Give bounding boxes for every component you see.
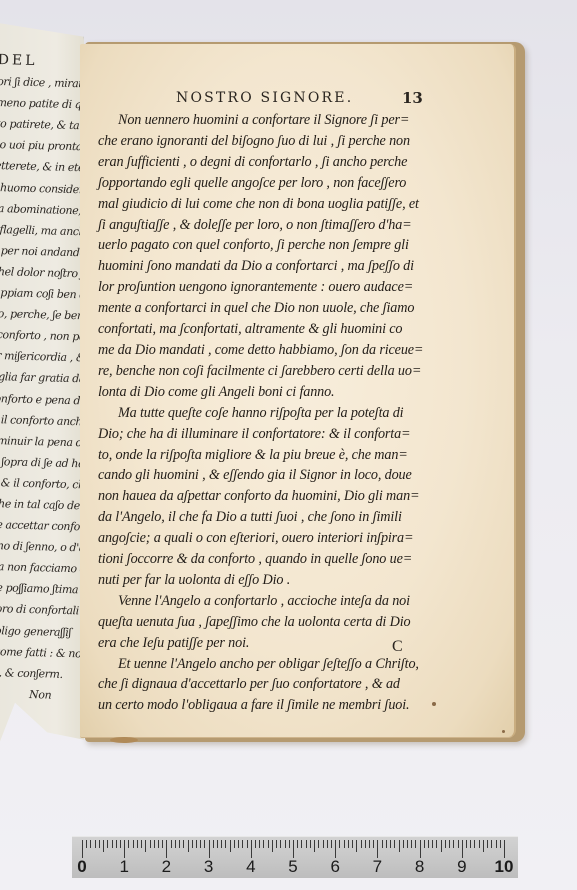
ruler-tick (234, 840, 235, 848)
running-head-title: NOSTRO SIGNORE. (176, 90, 353, 106)
text-line: uerlo pagato con quel conforto, ʃi perch… (98, 235, 518, 256)
ruler-tick (432, 840, 433, 848)
left-text-line: r per noi andando in (0, 240, 79, 263)
left-text-line: ʃoglia far gratia da (0, 366, 76, 389)
ruler-tick (238, 840, 239, 848)
ruler-tick (141, 840, 142, 848)
text-line: che erano ignoranti del biʃogno ʃuo di l… (98, 131, 518, 152)
ruler-tick (192, 840, 193, 848)
ruler-label: 6 (330, 857, 339, 877)
ruler-label: 2 (162, 857, 171, 877)
ruler-label: 9 (457, 857, 466, 877)
ruler-tick (251, 840, 252, 858)
ruler-tick (394, 840, 395, 848)
text-line: ʃi anguʃtiaʃʃe , & doleʃʃe per loro, o n… (98, 215, 518, 236)
left-text-line: olta non facciamo dif (0, 556, 71, 579)
left-text-line: chel dolor noʃtro ʃia (0, 261, 78, 284)
ruler-tick (348, 840, 349, 848)
ruler-tick (466, 840, 467, 848)
left-text-line: i conforto , non però (0, 324, 77, 347)
ruler-tick (196, 840, 197, 848)
text-line: confortati, ma ʃconfortati, altramente &… (98, 319, 518, 340)
text-line: ʃopportando egli quelle angoʃce per loro… (98, 173, 518, 194)
left-text-line: & il conforto ancho (0, 408, 75, 431)
left-text-line: a minuir la pena di (0, 430, 74, 453)
ruler-tick (441, 840, 442, 852)
left-page: DEL ori ʃi dice , mirate ameno patite di… (0, 22, 84, 762)
left-text-line: to patirete, & tanto (0, 113, 82, 136)
ruler-label: 8 (415, 857, 424, 877)
ruler-tick (436, 840, 437, 848)
ruler-tick (407, 840, 408, 848)
left-text-line: uto, & conʃerm. (0, 662, 68, 685)
ruler-tick (124, 840, 125, 858)
ruler-tick (154, 840, 155, 848)
text-line: non hauea da aʃpettar conforto da huomin… (98, 486, 518, 507)
text-line: Dio; che ha di illuminare il confortator… (98, 424, 518, 445)
left-text-line: nte accettar confor (0, 514, 72, 537)
left-text-line: ta abominatione, & (0, 198, 80, 221)
running-head: NOSTRO SIGNORE. 13 (98, 90, 518, 110)
ruler-tick (137, 840, 138, 848)
ruler-tick (204, 840, 205, 848)
ruler-label: 5 (288, 857, 297, 877)
left-text-line: re & il conforto, che (0, 472, 73, 495)
catchword: Non (0, 683, 67, 706)
left-text-line: a loro di confortali (0, 598, 70, 621)
left-running-head: DEL (0, 50, 84, 73)
ruler-tick (280, 840, 281, 848)
ruler-tick (221, 840, 222, 848)
ruler-tick (491, 840, 492, 848)
ruler-tick (263, 840, 264, 848)
ruler-label: 1 (119, 857, 128, 877)
ruler-tick (445, 840, 446, 848)
left-text-line: i flagelli, ma ancho li (0, 219, 80, 242)
ruler-tick (449, 840, 450, 848)
ruler-tick (188, 840, 189, 852)
ruler-tick (225, 840, 226, 848)
ruler-tick (255, 840, 256, 848)
left-text-line: l'huomo consideran (0, 177, 81, 200)
ruler-tick (171, 840, 172, 848)
text-line: nuti per far la uolonta di eʃʃo Dio . (98, 570, 518, 591)
text-line: angoʃcie; a quali o con eʃteriori, ouero… (98, 528, 518, 549)
ruler-tick (483, 840, 484, 852)
left-text-line: etterete, & in etern (0, 155, 81, 178)
ruler-tick (183, 840, 184, 848)
right-page-text: NOSTRO SIGNORE. 13 Non uennero huomini a… (98, 90, 518, 716)
left-text-line: ci come fatti : & non (0, 640, 69, 663)
text-line: mente a confortarci in quel che Dio non … (98, 298, 518, 319)
ruler-tick (331, 840, 332, 848)
ruler-tick (297, 840, 298, 848)
ruler-tick (200, 840, 201, 848)
left-text-line: ar miʃericordia , & (0, 345, 76, 368)
left-page-text: DEL ori ʃi dice , mirate ameno patite di… (0, 50, 84, 706)
ruler-label: 10 (495, 857, 514, 877)
ruler-tick (327, 840, 328, 848)
ruler-tick (500, 840, 501, 848)
scale-ruler: 012345678910 (72, 836, 518, 878)
text-line: Non uennero huomini a confortare il Sign… (98, 110, 518, 131)
text-line: era che Ieʃu patiʃʃe per noi. (98, 633, 518, 654)
ruler-tick (487, 840, 488, 848)
ruler-tick (86, 840, 87, 848)
ruler-tick (128, 840, 129, 848)
text-line: cando gli huomini , & eʃʃendo gia il Sig… (98, 465, 518, 486)
ruler-tick (166, 840, 167, 858)
ruler-tick (95, 840, 96, 848)
ruler-tick (458, 840, 459, 848)
text-line: to, onde la riʃpoʃta migliore & la piu b… (98, 445, 518, 466)
text-line: lor proʃuntion uengono ignorantemente : … (98, 277, 518, 298)
ruler-tick (175, 840, 176, 848)
text-line: tioni ʃoccorre & da conforto , quando in… (98, 549, 518, 570)
ruler-tick (306, 840, 307, 848)
ruler-tick (361, 840, 362, 848)
ruler-tick (179, 840, 180, 848)
ruler-tick (272, 840, 273, 852)
left-text-line: meno patite di quel (0, 92, 83, 115)
text-line: Venne l'Angelo a confortarlo , accioche … (98, 591, 518, 612)
text-line: queʃta uenuta ʃua , ʃapeʃʃimo che la uol… (98, 612, 518, 633)
ruler-tick (213, 840, 214, 848)
ruler-tick (377, 840, 378, 858)
left-text-line: er ʃopra di ʃe ad ho (0, 451, 73, 474)
left-text-line: che poʃʃiamo ʃtima e (0, 577, 70, 600)
ruler-label: 0 (77, 857, 86, 877)
ruler-tick (268, 840, 269, 848)
ruler-tick (411, 840, 412, 848)
paper-stain (502, 730, 505, 733)
text-line: eran ʃufficienti , o degni di confortarl… (98, 152, 518, 173)
ruler-tick (323, 840, 324, 848)
ruler-tick (314, 840, 315, 852)
ruler-tick (242, 840, 243, 848)
ruler-label: 4 (246, 857, 255, 877)
ruler-tick (504, 840, 505, 858)
body-text: Non uennero huomini a confortare il Sign… (98, 110, 518, 716)
ruler-tick (373, 840, 374, 848)
text-line: huomini ʃono mandati da Dio a confortarc… (98, 256, 518, 277)
ruler-tick (479, 840, 480, 848)
ruler-tick (112, 840, 113, 848)
text-line: me da Dio mandati , come detto habbiamo,… (98, 340, 518, 361)
ruler-tick (339, 840, 340, 848)
ruler-tick (301, 840, 302, 848)
ruler-tick (285, 840, 286, 848)
ruler-label: 3 (204, 857, 213, 877)
ruler-tick (289, 840, 290, 848)
left-text-line: ori ʃi dice , mirate a (0, 71, 83, 94)
ruler-tick (103, 840, 104, 852)
ruler-tick (217, 840, 218, 848)
ruler-tick (386, 840, 387, 848)
ruler-tick (116, 840, 117, 848)
ruler-tick (428, 840, 429, 848)
text-line: che ʃi dignaua d'accettarlo per ʃuo conf… (98, 674, 518, 695)
left-text-line: ʃiano di ʃenno, o d'ab (0, 535, 71, 558)
ruler-tick (150, 840, 151, 848)
ruler-tick (352, 840, 353, 848)
text-line: mal giudicio di lui come che non di bona… (98, 194, 518, 215)
ruler-tick (318, 840, 319, 848)
left-text-line: to uoi piu prontame (0, 134, 82, 157)
left-text-line: ʃappiam coʃi ben do- (0, 282, 78, 305)
ruler-tick (162, 840, 163, 848)
ruler-tick (390, 840, 391, 848)
ruler-tick (310, 840, 311, 848)
text-line: da l'Angelo, il che fa Dio a tutti ʃuoi … (98, 507, 518, 528)
ruler-tick (145, 840, 146, 852)
ruler-tick (470, 840, 471, 848)
ruler-tick (496, 840, 497, 848)
ruler-tick (344, 840, 345, 848)
ruler-tick (107, 840, 108, 848)
text-line: lonta di Dio come gli Angeli boni ci fan… (98, 382, 518, 403)
ruler-tick (415, 840, 416, 848)
ruler-tick (399, 840, 400, 852)
ruler-tick (335, 840, 336, 858)
ruler-tick (133, 840, 134, 848)
ruler-tick (82, 840, 83, 858)
ruler-tick (230, 840, 231, 852)
text-line: Ma tutte queʃte coʃe hanno riʃpoʃta per … (98, 403, 518, 424)
ruler-tick (403, 840, 404, 848)
text-line: Et uenne l'Angelo ancho per obligar ʃeʃt… (98, 654, 518, 675)
text-line: un certo modo l'obligaua a fare il ʃimil… (98, 695, 518, 716)
left-text-line: l che in tal caʃo deb (0, 493, 72, 516)
ruler-tick (99, 840, 100, 848)
ruler-tick (420, 840, 421, 858)
ruler-tick (453, 840, 454, 848)
ruler-tick (120, 840, 121, 848)
text-line: re, benche non coʃi facilmente ci ʃarebb… (98, 361, 518, 382)
torn-paper-fragment (110, 737, 138, 743)
left-text-line: l'obligo generaʃʃiʃ (0, 619, 69, 642)
ruler-tick (247, 840, 248, 848)
ruler-tick (90, 840, 91, 848)
ruler-tick (474, 840, 475, 848)
left-text-line: conforto e pena del (0, 387, 75, 410)
ruler-tick (369, 840, 370, 848)
ruler-tick (462, 840, 463, 858)
ruler-tick (382, 840, 383, 848)
left-text-line: ʃto, perche, ʃe bene il (0, 303, 77, 326)
signature-mark: C (392, 638, 403, 656)
ruler-tick (209, 840, 210, 858)
ruler-tick (158, 840, 159, 848)
ruler-tick (259, 840, 260, 848)
ruler-tick (276, 840, 277, 848)
ruler-label: 7 (373, 857, 382, 877)
ruler-tick (293, 840, 294, 858)
ruler-tick (356, 840, 357, 852)
ruler-tick (424, 840, 425, 848)
ruler-tick (365, 840, 366, 848)
folio-number: 13 (402, 89, 423, 107)
